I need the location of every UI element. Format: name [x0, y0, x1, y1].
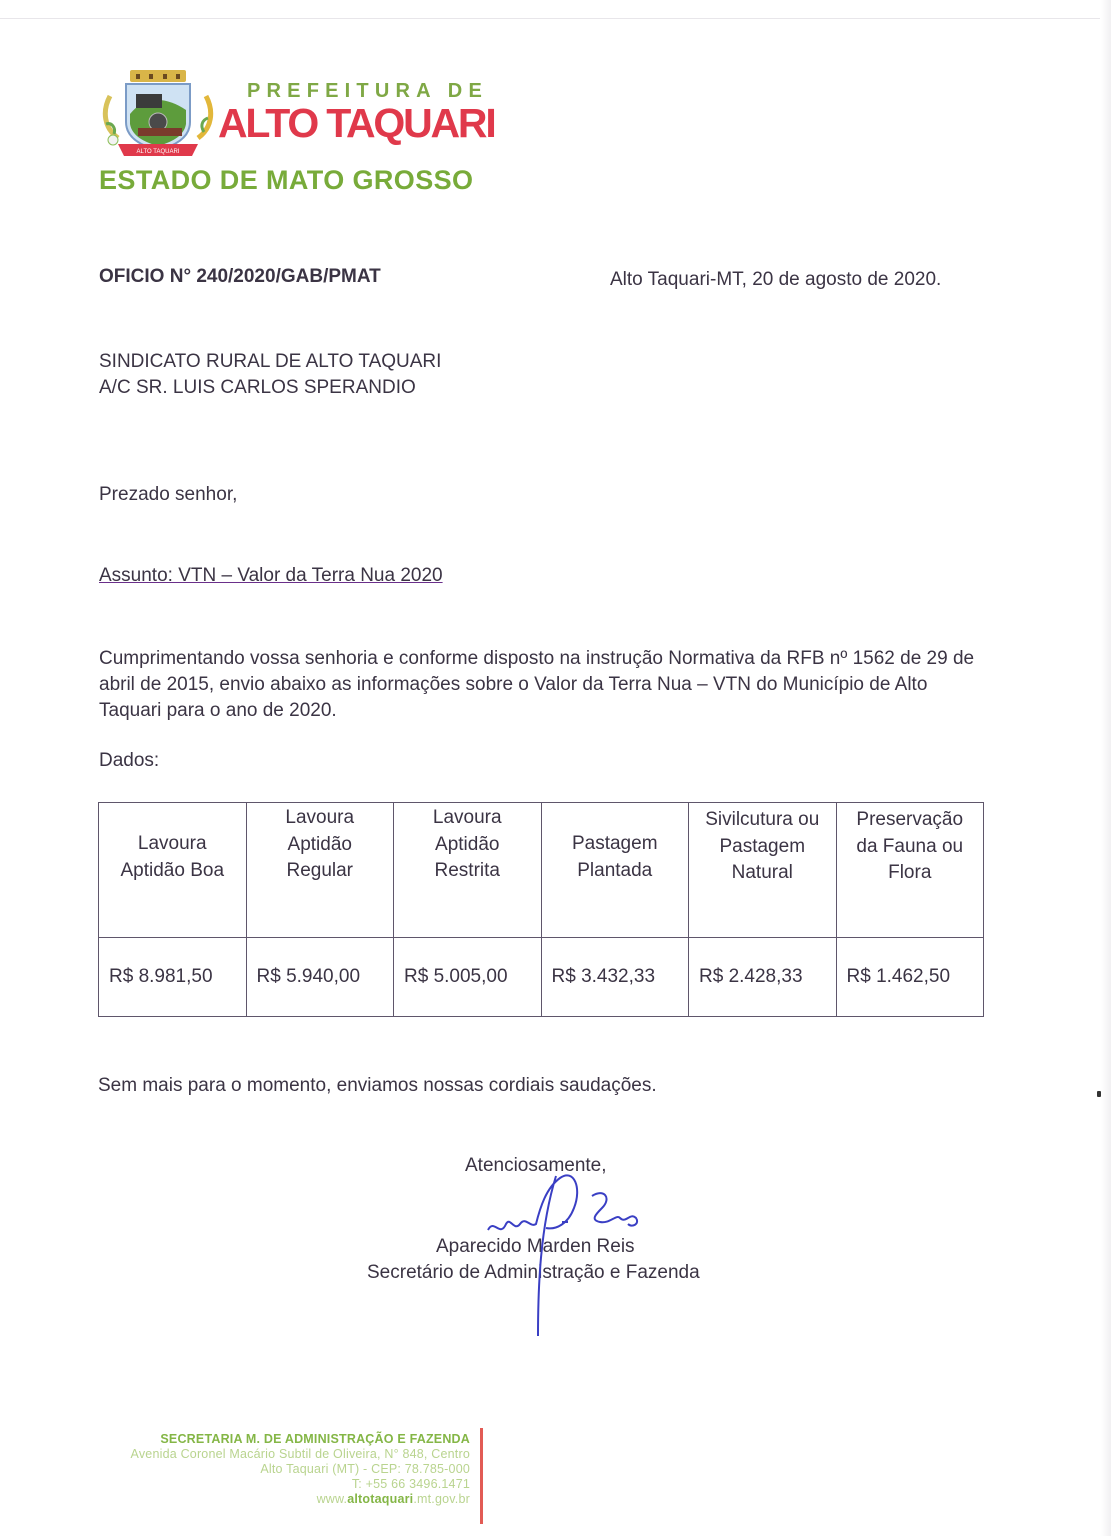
footer-city-cep: Alto Taquari (MT) - CEP: 78.785-000	[90, 1462, 470, 1477]
footer-contact: SECRETARIA M. DE ADMINISTRAÇÃO E FAZENDA…	[90, 1432, 470, 1507]
municipal-crest-icon: ALTO TAQUARI	[96, 66, 220, 158]
table-header-cell: PastagemPlantada	[541, 803, 689, 938]
table-header-cell: LavouraAptidãoRestrita	[394, 803, 542, 938]
greeting: Prezado senhor,	[99, 484, 237, 506]
table-cell-value: R$ 3.432,33	[541, 938, 689, 1017]
footer-department: SECRETARIA M. DE ADMINISTRAÇÃO E FAZENDA	[90, 1432, 470, 1447]
website-prefix: www.	[317, 1492, 348, 1506]
table-header-cell: LavouraAptidãoRegular	[246, 803, 394, 938]
scan-page-shadow	[1101, 0, 1111, 1536]
data-label: Dados:	[99, 750, 159, 772]
scan-artifact	[1097, 1091, 1101, 1097]
place-date: Alto Taquari-MT, 20 de agosto de 2020.	[610, 269, 941, 291]
table-cell-value: R$ 8.981,50	[99, 938, 247, 1017]
recipient-organization: SINDICATO RURAL DE ALTO TAQUARI	[99, 351, 441, 373]
table-header-row: LavouraAptidão Boa LavouraAptidãoRegular…	[99, 803, 984, 938]
table-header-cell: Sivilcutura ouPastagemNatural	[689, 803, 837, 938]
footer-phone: T: +55 66 3496.1471	[90, 1477, 470, 1492]
body-paragraph: Cumprimentando vossa senhoria e conforme…	[99, 646, 989, 724]
footer-divider	[480, 1428, 483, 1524]
crest-banner: ALTO TAQUARI	[137, 149, 180, 155]
handwritten-signature-icon	[470, 1168, 660, 1340]
recipient-attention: A/C SR. LUIS CARLOS SPERANDIO	[99, 377, 416, 399]
table-cell-value: R$ 2.428,33	[689, 938, 837, 1017]
footer-address: Avenida Coronel Macário Subtil de Olivei…	[90, 1447, 470, 1462]
footer-website[interactable]: www.altotaquari.mt.gov.br	[90, 1492, 470, 1507]
table-row: R$ 8.981,50 R$ 5.940,00 R$ 5.005,00 R$ 3…	[99, 938, 984, 1017]
subject-line: Assunto: VTN – Valor da Terra Nua 2020	[99, 565, 443, 587]
website-suffix: .mt.gov.br	[413, 1492, 470, 1506]
website-domain: altotaquari	[347, 1492, 413, 1506]
document-reference: OFICIO N° 240/2020/GAB/PMAT	[99, 266, 381, 288]
municipality-name: ALTO TAQUARI	[218, 100, 495, 147]
table-header-cell: LavouraAptidão Boa	[99, 803, 247, 938]
scan-page-edge	[0, 18, 1100, 19]
table-header-cell: Preservaçãoda Fauna ouFlora	[836, 803, 984, 938]
state-name: ESTADO DE MATO GROSSO	[99, 165, 473, 196]
vtn-values-table: LavouraAptidão Boa LavouraAptidãoRegular…	[98, 802, 984, 1017]
table-cell-value: R$ 5.940,00	[246, 938, 394, 1017]
table-cell-value: R$ 5.005,00	[394, 938, 542, 1017]
closing-sentence: Sem mais para o momento, enviamos nossas…	[98, 1075, 657, 1097]
table-cell-value: R$ 1.462,50	[836, 938, 984, 1017]
